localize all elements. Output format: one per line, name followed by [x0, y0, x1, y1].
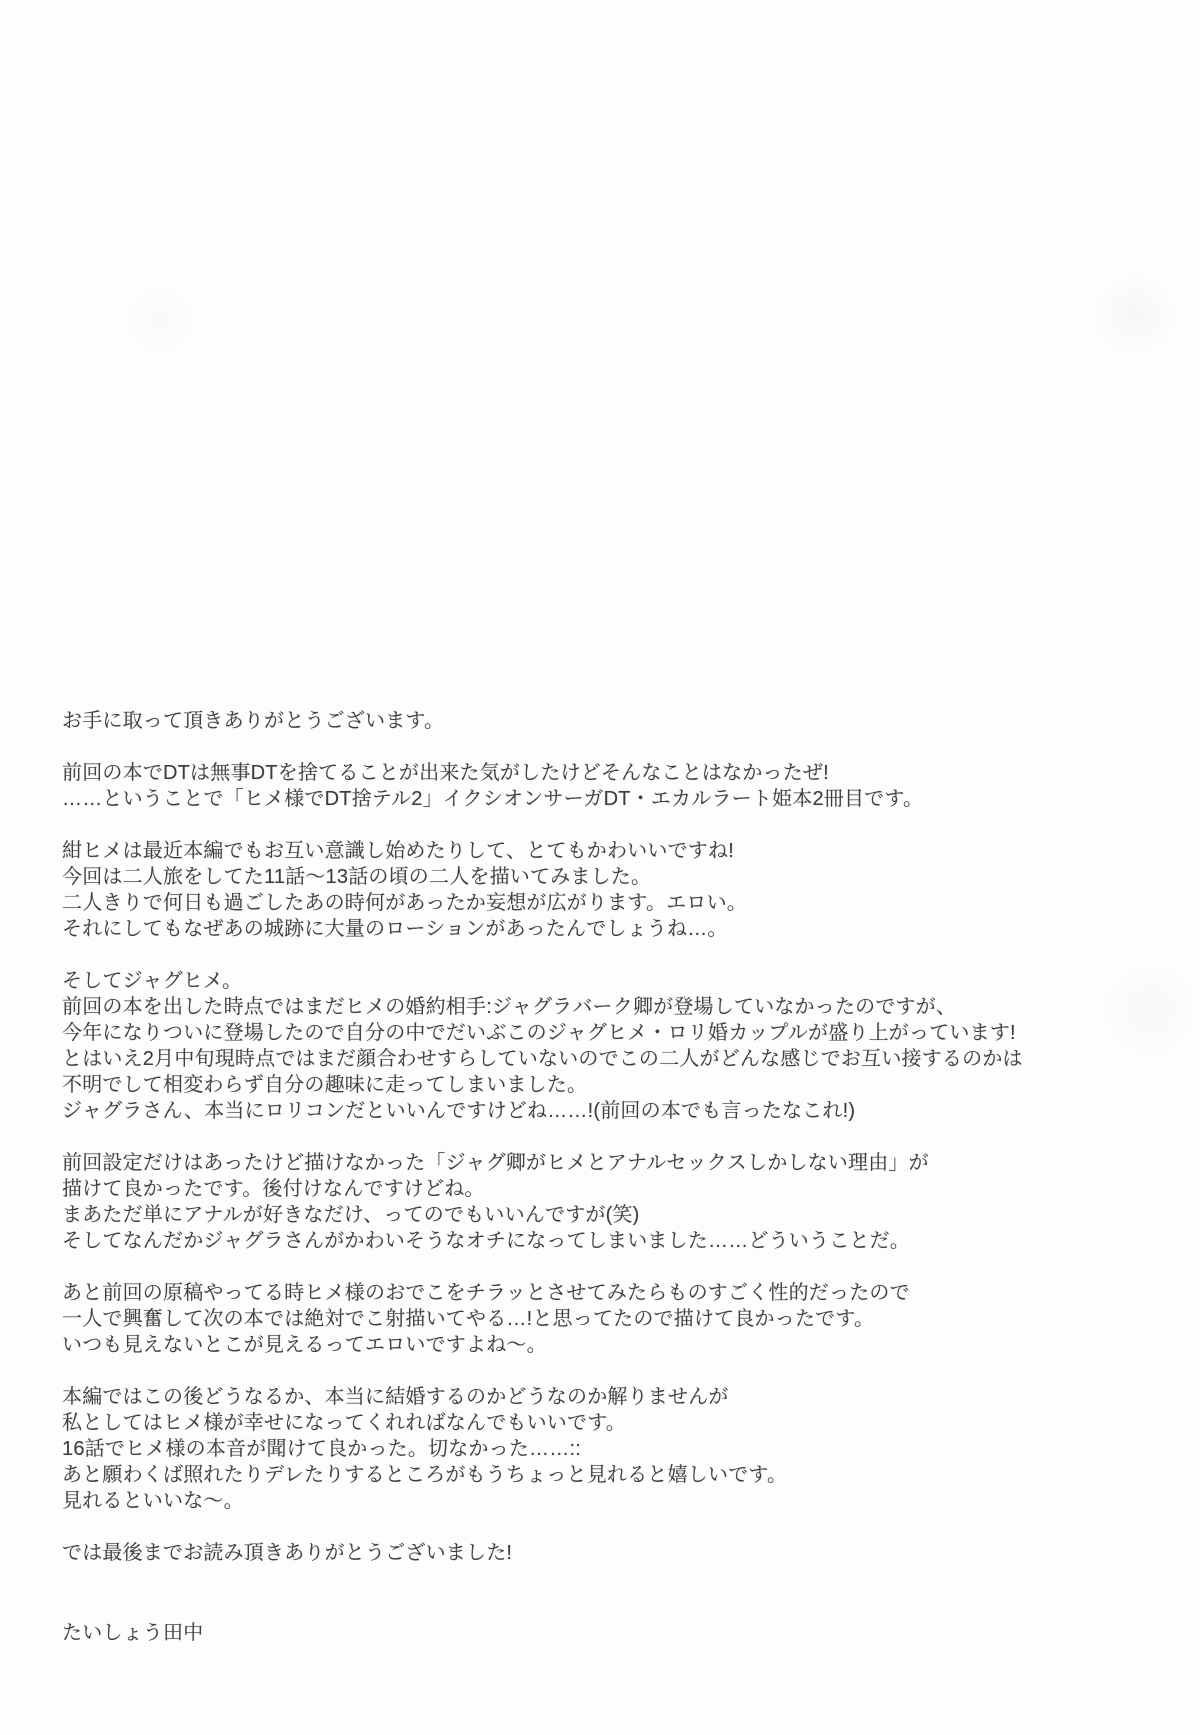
- text-line: あと願わくば照れたりデレたりするところがもうちょっと見れると嬉しいです。: [62, 1462, 1172, 1488]
- text-line: お手に取って頂きありがとうございます。: [62, 708, 1172, 734]
- text-line: 前回設定だけはあったけど描けなかった「ジャグ卿がヒメとアナルセックスしかしない理…: [62, 1150, 1172, 1176]
- scanned-afterword-page: お手に取って頂きありがとうございます。 前回の本でDTは無事DTを捨てることが出…: [0, 0, 1200, 1735]
- text-line: 一人で興奮して次の本では絶対でこ射描いてやる…!と思ってたので描けて良かったです…: [62, 1306, 1172, 1332]
- text-line: 紺ヒメは最近本編でもお互い意識し始めたりして、とてもかわいいですね!: [62, 838, 1172, 864]
- text-line: 私としてはヒメ様が幸せになってくれればなんでもいいです。: [62, 1410, 1172, 1436]
- text-line: 描けて良かったです。後付けなんですけどね。: [62, 1176, 1172, 1202]
- afterword-text-block: お手に取って頂きありがとうございます。 前回の本でDTは無事DTを捨てることが出…: [62, 708, 1172, 1646]
- text-line: ……ということで「ヒメ様でDT捨テル2」イクシオンサーガDT・エカルラート姫本2…: [62, 786, 1172, 812]
- paragraph-jag-hime: そしてジャグヒメ。 前回の本を出した時点ではまだヒメの婚約相手:ジャグラバーク卿…: [62, 968, 1172, 1124]
- text-line: まあただ単にアナルが好きなだけ、ってのでもいいんですが(笑): [62, 1202, 1172, 1228]
- text-line: いつも見えないとこが見えるってエロいですよね〜。: [62, 1332, 1172, 1358]
- text-line: そしてなんだかジャグラさんがかわいそうなオチになってしまいました……どういうこと…: [62, 1228, 1172, 1254]
- text-line: 不明でして相変わらず自分の趣味に走ってしまいました。: [62, 1072, 1172, 1098]
- paragraph-setting: 前回設定だけはあったけど描けなかった「ジャグ卿がヒメとアナルセックスしかしない理…: [62, 1150, 1172, 1254]
- paragraph-kon-hime: 紺ヒメは最近本編でもお互い意識し始めたりして、とてもかわいいですね! 今回は二人…: [62, 838, 1172, 942]
- text-line: 前回の本を出した時点ではまだヒメの婚約相手:ジャグラバーク卿が登場していなかった…: [62, 994, 1172, 1020]
- paragraph-greeting: お手に取って頂きありがとうございます。: [62, 708, 1172, 734]
- paragraph-intro: 前回の本でDTは無事DTを捨てることが出来た気がしたけどそんなことはなかったぜ!…: [62, 760, 1172, 812]
- text-line: あと前回の原稿やってる時ヒメ様のおでこをチラッとさせてみたらものすごく性的だった…: [62, 1280, 1172, 1306]
- text-line: では最後までお読み頂きありがとうございました!: [62, 1540, 1172, 1566]
- paragraph-closing: では最後までお読み頂きありがとうございました!: [62, 1540, 1172, 1566]
- text-line: それにしてもなぜあの城跡に大量のローションがあったんでしょうね…。: [62, 916, 1172, 942]
- text-line: 今回は二人旅をしてた11話〜13話の頃の二人を描いてみました。: [62, 864, 1172, 890]
- paragraph-genkou: あと前回の原稿やってる時ヒメ様のおでこをチラッとさせてみたらものすごく性的だった…: [62, 1280, 1172, 1358]
- text-line: 今年になりついに登場したので自分の中でだいぶこのジャグヒメ・ロリ婚カップルが盛り…: [62, 1020, 1172, 1046]
- text-line: 前回の本でDTは無事DTを捨てることが出来た気がしたけどそんなことはなかったぜ!: [62, 760, 1172, 786]
- text-line: そしてジャグヒメ。: [62, 968, 1172, 994]
- text-line: 16話でヒメ様の本音が聞けて良かった。切なかった……::: [62, 1436, 1172, 1462]
- text-line: 見れるといいな〜。: [62, 1488, 1172, 1514]
- text-line: ジャグラさん、本当にロリコンだといいんですけどね……!(前回の本でも言ったなこれ…: [62, 1098, 1172, 1124]
- paragraph-honpen: 本編ではこの後どうなるか、本当に結婚するのかどうなのか解りませんが 私としてはヒ…: [62, 1384, 1172, 1514]
- text-line: とはいえ2月中旬現時点ではまだ顔合わせすらしていないのでこの二人がどんな感じでお…: [62, 1046, 1172, 1072]
- text-line: 二人きりで何日も過ごしたあの時何があったか妄想が広がります。エロい。: [62, 890, 1172, 916]
- author-signature: たいしょう田中: [62, 1620, 1172, 1646]
- text-line: 本編ではこの後どうなるか、本当に結婚するのかどうなのか解りませんが: [62, 1384, 1172, 1410]
